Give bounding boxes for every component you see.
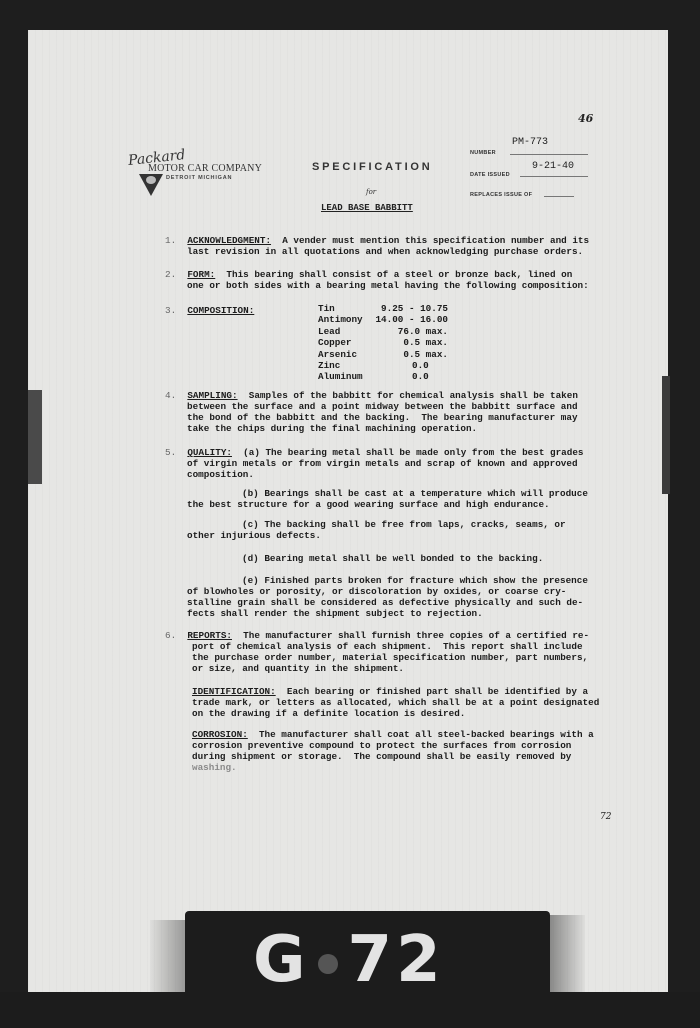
section-number: 4. — [165, 390, 176, 401]
composition-element: Zinc — [318, 360, 370, 371]
composition-row: Zinc0.0 — [318, 360, 448, 371]
section-line: fects shall render the shipment subject … — [187, 608, 483, 620]
composition-row: Tin9.25 - 10.75 — [318, 303, 448, 314]
section-heading: QUALITY: — [187, 447, 232, 458]
composition-value: 0.5 max. — [370, 337, 448, 348]
section-line: the best structure for a good wearing su… — [187, 499, 550, 511]
composition-element: Copper — [318, 337, 370, 348]
section-line: Each bearing or finished part shall be i… — [287, 686, 588, 697]
company-name: MOTOR CAR COMPANY — [148, 163, 262, 174]
section-line: (a) The bearing metal shall be made only… — [243, 447, 583, 458]
composition-element: Tin — [318, 303, 370, 314]
composition-element: Aluminum — [318, 371, 370, 382]
section-line: The manufacturer shall furnish three cop… — [243, 630, 589, 641]
plate-dot-icon — [318, 954, 338, 974]
section-heading: CORROSION: — [192, 729, 248, 740]
date-label: DATE ISSUED — [470, 172, 510, 178]
section-line: This bearing shall consist of a steel or… — [226, 269, 572, 280]
composition-row: Aluminum0.0 — [318, 371, 448, 382]
replaces-label: REPLACES ISSUE OF — [470, 192, 532, 198]
emblem-mark-icon — [146, 176, 156, 184]
company-city: DETROIT MICHIGAN — [166, 175, 232, 181]
composition-value: 0.5 max. — [370, 349, 448, 360]
section-heading: IDENTIFICATION: — [192, 686, 276, 697]
number-label: NUMBER — [470, 150, 496, 156]
section-number: 6. — [165, 630, 176, 641]
left-edge-tab — [28, 390, 42, 484]
bottom-border — [0, 992, 700, 1028]
page-number: 46 — [578, 112, 593, 125]
section-line: The manufacturer shall coat all steel-ba… — [259, 729, 594, 740]
section-line: other injurious defects. — [187, 530, 321, 542]
number-underline — [510, 154, 588, 155]
section-line: last revision in all quotations and when… — [187, 246, 583, 258]
for-word: for — [366, 188, 376, 196]
section-line: washing. — [192, 762, 237, 774]
section-heading: REPORTS: — [187, 630, 232, 641]
section-heading: SAMPLING: — [187, 390, 237, 401]
section-line: A vender must mention this specification… — [282, 235, 589, 246]
composition-value: 0.0 — [370, 360, 448, 371]
section-number: 2. — [165, 269, 176, 280]
section-line: on the drawing if a definite location is… — [192, 708, 465, 720]
section-number: 1. — [165, 235, 176, 246]
document-title: SPECIFICATION — [312, 161, 433, 173]
right-edge-tab — [662, 376, 670, 494]
plate-shadow-right — [550, 915, 585, 993]
section-line: or size, and quantity in the shipment. — [192, 663, 404, 675]
composition-element: Antimony — [318, 314, 370, 325]
plate-label: G72 — [253, 928, 445, 992]
composition-value: 14.00 - 16.00 — [370, 314, 448, 325]
section-composition: 3. COMPOSITION: — [165, 305, 254, 317]
section-number: 3. — [165, 305, 176, 316]
composition-table: Tin9.25 - 10.75Antimony14.00 - 16.00Lead… — [318, 303, 448, 383]
section-line: during shipment or storage. The compound… — [192, 751, 571, 763]
section-line: Samples of the babbitt for chemical anal… — [249, 390, 578, 401]
section-heading: FORM: — [187, 269, 215, 280]
date-underline — [520, 176, 588, 177]
composition-element: Arsenic — [318, 349, 370, 360]
section-line: take the chips during the final machinin… — [187, 423, 477, 435]
section-heading: COMPOSITION: — [187, 305, 254, 316]
number-value: PM-773 — [512, 137, 548, 148]
composition-value: 0.0 — [370, 371, 448, 382]
composition-value: 9.25 - 10.75 — [370, 303, 448, 314]
section-heading: ACKNOWLEDGMENT: — [187, 235, 271, 246]
composition-row: Antimony14.00 - 16.00 — [318, 314, 448, 325]
document-subject: LEAD BASE BABBITT — [321, 203, 413, 213]
plate-letter: G — [253, 923, 310, 997]
handwritten-note: 72 — [600, 812, 611, 822]
replaces-underline — [544, 196, 574, 197]
composition-element: Lead — [318, 326, 370, 337]
composition-row: Arsenic0.5 max. — [318, 349, 448, 360]
composition-row: Lead76.0 max. — [318, 326, 448, 337]
composition-row: Copper0.5 max. — [318, 337, 448, 348]
section-line: one or both sides with a bearing metal h… — [187, 280, 589, 292]
date-value: 9-21-40 — [532, 161, 574, 172]
quality-sub-d: (d) Bearing metal shall be well bonded t… — [242, 553, 543, 565]
plate-shadow-left — [150, 920, 185, 998]
section-line: composition. — [187, 469, 254, 481]
composition-value: 76.0 max. — [370, 326, 448, 337]
plate-number: 72 — [348, 923, 445, 997]
section-number: 5. — [165, 447, 176, 458]
